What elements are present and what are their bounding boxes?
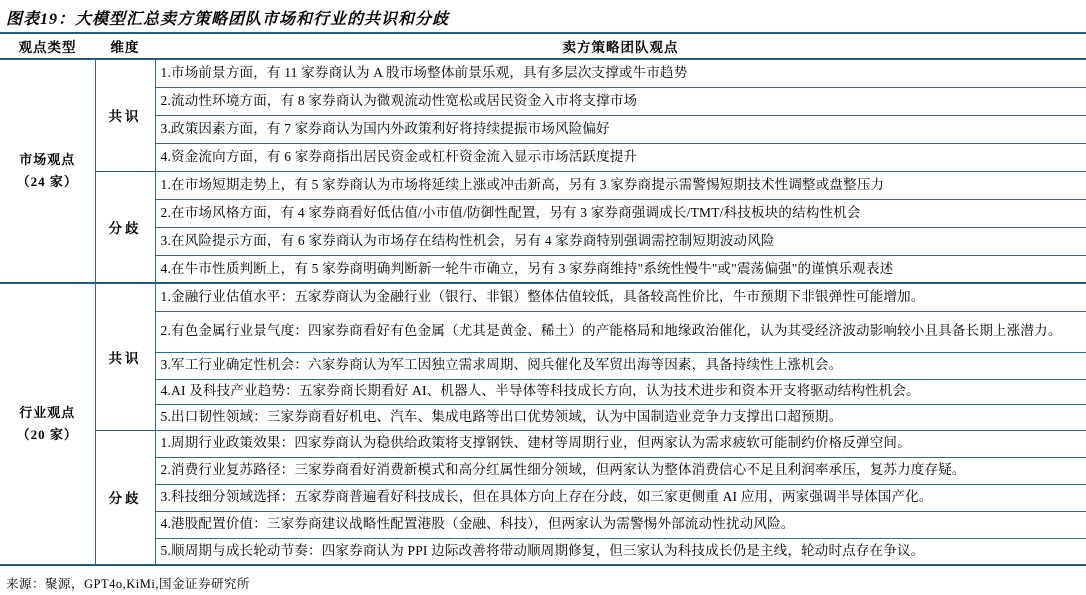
section-label: 行业观点 xyxy=(19,405,75,420)
observation-cell: 1.市场前景方面，有 11 家券商认为 A 股市场整体前景乐观，具有多层次支撑或… xyxy=(155,59,1086,87)
observation-cell: 5.顺周期与成长轮动节奏：四家券商认为 PPI 边际改善将带动顺周期修复，但三家… xyxy=(155,538,1086,565)
table-row: 分歧 1.周期行业政策效果：四家券商认为稳供给政策将支撑钢铁、建材等周期行业，但… xyxy=(0,430,1086,457)
table-row: 4.港股配置价值：三家券商建议战略性配置港股（金融、科技），但两家认为需警惕外部… xyxy=(0,511,1086,538)
section-count: （24 家） xyxy=(17,174,78,189)
observation-cell: 3.科技细分领域选择：五家券商普遍看好科技成长，但在具体方向上存在分歧，如三家更… xyxy=(155,484,1086,511)
table-row: 3.科技细分领域选择：五家券商普遍看好科技成长，但在具体方向上存在分歧，如三家更… xyxy=(0,484,1086,511)
observation-cell: 1.周期行业政策效果：四家券商认为稳供给政策将支撑钢铁、建材等周期行业，但两家认… xyxy=(155,430,1086,457)
table-row: 2.在市场风格方面，有 4 家券商看好低估值/小市值/防御性配置，另有 3 家券… xyxy=(0,199,1086,227)
table-row: 2.有色金属行业景气度：四家券商看好有色金属（尤其是黄金、稀土）的产能格局和地缘… xyxy=(0,311,1086,352)
consensus-divergence-table: 观点类型 维度 卖方策略团队观点 市场观点 （24 家） 共识 1.市场前景方面… xyxy=(0,32,1086,566)
header-dimension: 维度 xyxy=(95,33,155,59)
table-row: 行业观点 （20 家） 共识 1.金融行业估值水平：五家券商认为金融行业（银行、… xyxy=(0,283,1086,311)
dimension-cell-consensus: 共识 xyxy=(95,59,155,171)
table-row: 3.在风险提示方面，有 6 家券商认为市场存在结构性机会，另有 4 家券商特别强… xyxy=(0,227,1086,255)
table-row: 2.流动性环境方面，有 8 家券商认为微观流动性宽松或居民资金入市将支撑市场 xyxy=(0,87,1086,115)
observation-cell: 4.资金流向方面，有 6 家券商指出居民资金或杠杆资金流入显示市场活跃度提升 xyxy=(155,143,1086,171)
table-row: 3.政策因素方面，有 7 家券商认为国内外政策利好将持续提振市场风险偏好 xyxy=(0,115,1086,143)
observation-cell: 2.消费行业复苏路径：三家券商看好消费新模式和高分红属性细分领域，但两家认为整体… xyxy=(155,457,1086,484)
viewpoint-type-cell-market: 市场观点 （24 家） xyxy=(0,59,95,283)
observation-cell: 2.有色金属行业景气度：四家券商看好有色金属（尤其是黄金、稀土）的产能格局和地缘… xyxy=(155,311,1086,352)
observation-cell: 3.在风险提示方面，有 6 家券商认为市场存在结构性机会，另有 4 家券商特别强… xyxy=(155,227,1086,255)
table-row: 3.军工行业确定性机会：六家券商认为军工因独立需求周期、阅兵催化及军贸出海等因素… xyxy=(0,352,1086,379)
dimension-cell-divergence: 分歧 xyxy=(95,171,155,283)
observation-cell: 3.政策因素方面，有 7 家券商认为国内外政策利好将持续提振市场风险偏好 xyxy=(155,115,1086,143)
section-label: 市场观点 xyxy=(19,152,75,167)
table-row: 2.消费行业复苏路径：三家券商看好消费新模式和高分红属性细分领域，但两家认为整体… xyxy=(0,457,1086,484)
figure-title: 图表19：大模型汇总卖方策略团队市场和行业的共识和分歧 xyxy=(0,0,1086,32)
report-page: 图表19：大模型汇总卖方策略团队市场和行业的共识和分歧 观点类型 维度 卖方策略… xyxy=(0,0,1086,595)
observation-cell: 4.AI 及科技产业趋势：五家券商长期看好 AI、机器人、半导体等科技成长方向，… xyxy=(155,379,1086,404)
observation-cell: 5.出口韧性领域：三家券商看好机电、汽车、集成电路等出口优势领域，认为中国制造业… xyxy=(155,404,1086,430)
table-row: 市场观点 （24 家） 共识 1.市场前景方面，有 11 家券商认为 A 股市场… xyxy=(0,59,1086,87)
section-count: （20 家） xyxy=(17,427,78,442)
table-header-row: 观点类型 维度 卖方策略团队观点 xyxy=(0,33,1086,59)
table-row: 4.在牛市性质判断上，有 5 家券商明确判断新一轮牛市确立，另有 3 家券商维持… xyxy=(0,255,1086,283)
table-row: 4.AI 及科技产业趋势：五家券商长期看好 AI、机器人、半导体等科技成长方向，… xyxy=(0,379,1086,404)
table-row: 4.资金流向方面，有 6 家券商指出居民资金或杠杆资金流入显示市场活跃度提升 xyxy=(0,143,1086,171)
table-row: 5.顺周期与成长轮动节奏：四家券商认为 PPI 边际改善将带动顺周期修复，但三家… xyxy=(0,538,1086,565)
observation-cell: 2.在市场风格方面，有 4 家券商看好低估值/小市值/防御性配置，另有 3 家券… xyxy=(155,199,1086,227)
dimension-cell-consensus: 共识 xyxy=(95,283,155,430)
observation-cell: 3.军工行业确定性机会：六家券商认为军工因独立需求周期、阅兵催化及军贸出海等因素… xyxy=(155,352,1086,379)
dimension-cell-divergence: 分歧 xyxy=(95,430,155,565)
observation-cell: 1.金融行业估值水平：五家券商认为金融行业（银行、非银）整体估值较低，具备较高性… xyxy=(155,283,1086,311)
table-row: 分歧 1.在市场短期走势上，有 5 家券商认为市场将延续上涨或冲击新高，另有 3… xyxy=(0,171,1086,199)
observation-cell: 4.在牛市性质判断上，有 5 家券商明确判断新一轮牛市确立，另有 3 家券商维持… xyxy=(155,255,1086,283)
observation-cell: 2.流动性环境方面，有 8 家券商认为微观流动性宽松或居民资金入市将支撑市场 xyxy=(155,87,1086,115)
source-note: 来源：聚源，GPT4o,KiMi,国金证券研究所 xyxy=(0,566,1086,592)
viewpoint-type-cell-industry: 行业观点 （20 家） xyxy=(0,283,95,565)
header-viewpoint-type: 观点类型 xyxy=(0,33,95,59)
observation-cell: 1.在市场短期走势上，有 5 家券商认为市场将延续上涨或冲击新高，另有 3 家券… xyxy=(155,171,1086,199)
header-team-viewpoints: 卖方策略团队观点 xyxy=(155,33,1086,59)
table-row: 5.出口韧性领域：三家券商看好机电、汽车、集成电路等出口优势领域，认为中国制造业… xyxy=(0,404,1086,430)
observation-cell: 4.港股配置价值：三家券商建议战略性配置港股（金融、科技），但两家认为需警惕外部… xyxy=(155,511,1086,538)
